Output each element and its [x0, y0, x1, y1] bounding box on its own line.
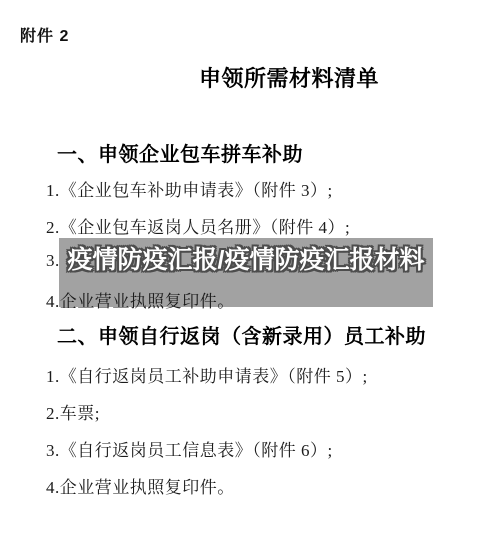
document-page: 附件 2 申领所需材料清单 一、申领企业包车拼车补助 1.《企业包车补助申请表》… [0, 0, 500, 549]
section-2-item-1: 1.《自行返岗员工补助申请表》（附件 5）; [46, 362, 368, 387]
section-2-heading: 二、申领自行返岗（含新录用）员工补助 [57, 320, 426, 349]
section-1-heading: 一、申领企业包车拼车补助 [57, 138, 303, 167]
page-title: 申领所需材料清单 [199, 62, 379, 93]
attachment-label: 附件 2 [20, 23, 69, 46]
section-2-item-3: 3.《自行返岗员工信息表》（附件 6）; [46, 436, 333, 461]
watermark-text: 疫情防疫汇报/疫情防疫汇报材料 [59, 238, 433, 307]
section-1-item-1: 1.《企业包车补助申请表》（附件 3）; [46, 176, 333, 201]
section-2-item-2: 2.车票; [46, 399, 100, 424]
section-2-item-4: 4.企业营业执照复印件。 [46, 473, 235, 498]
section-1-item-2: 2.《企业包车返岗人员名册》（附件 4）; [46, 213, 350, 238]
section-1-item-3: 3. [46, 251, 60, 271]
